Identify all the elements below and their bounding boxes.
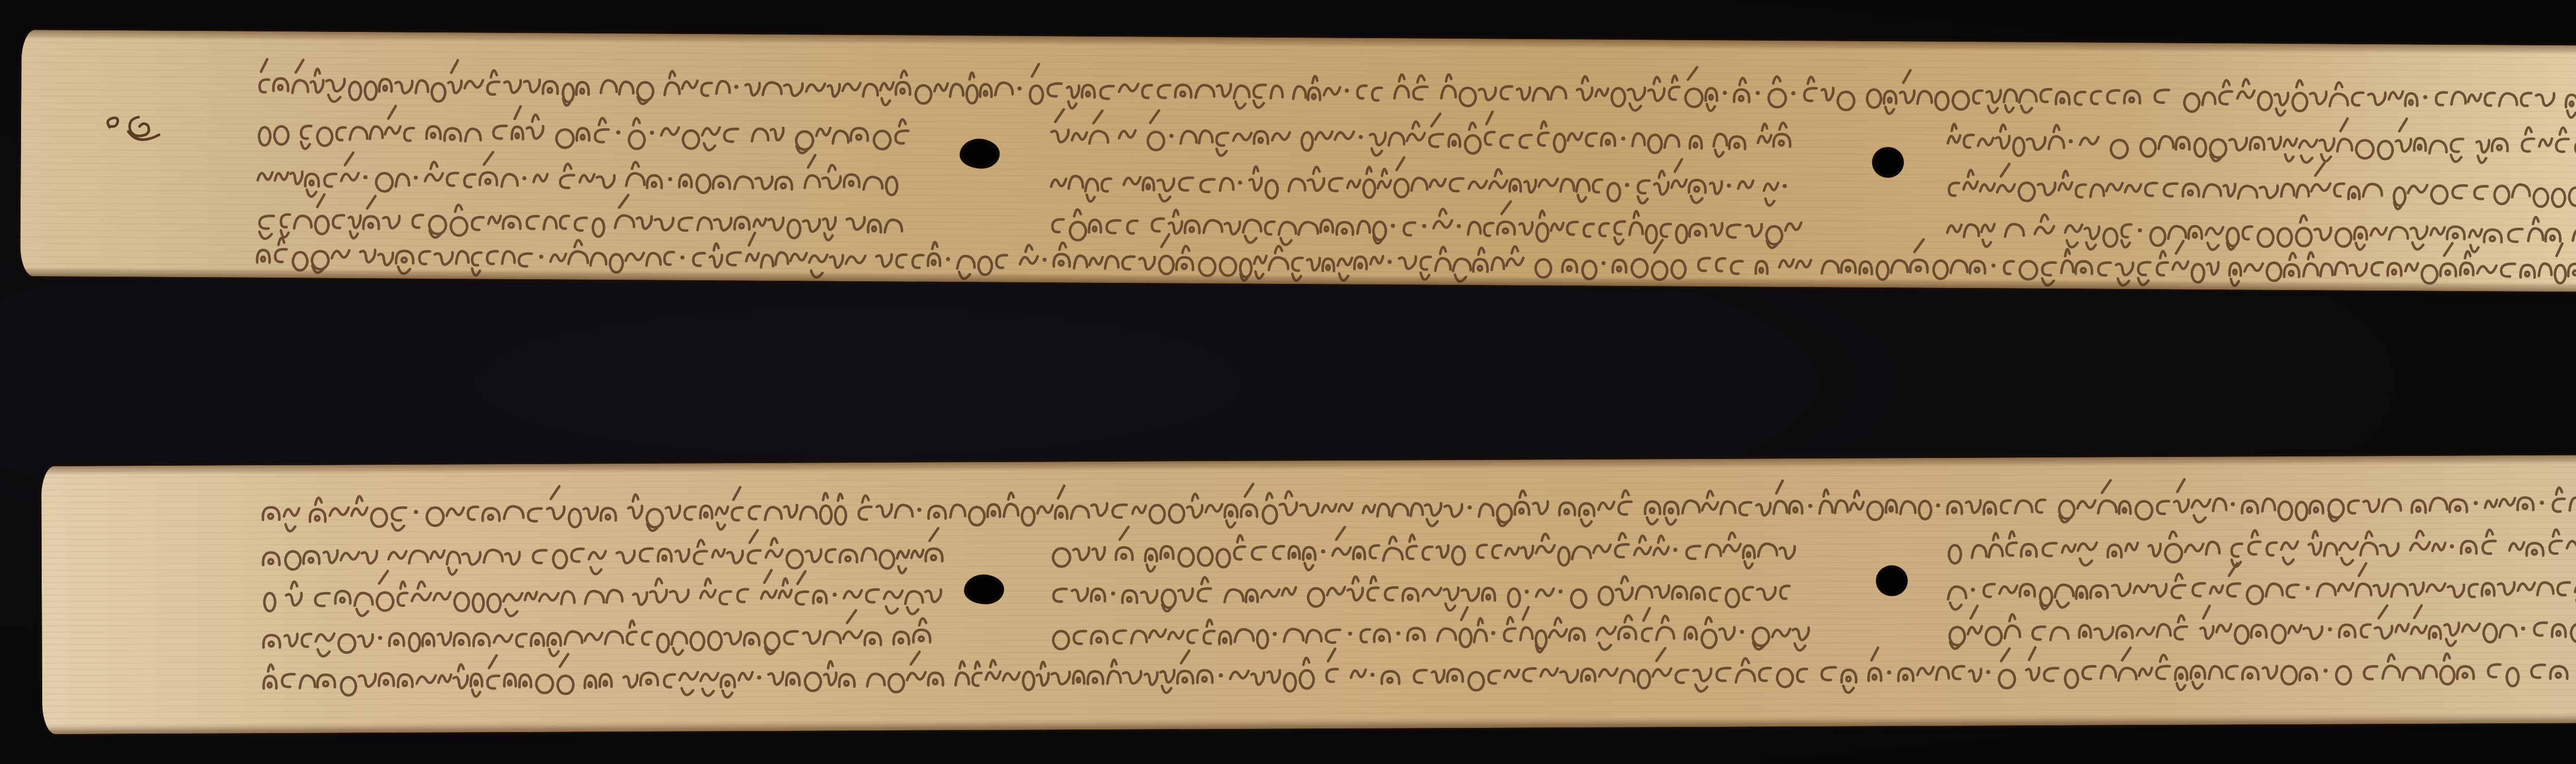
binding-hole bbox=[1876, 565, 1908, 596]
handwritten-text-top bbox=[20, 30, 2576, 293]
palm-leaf-folio-bottom bbox=[41, 454, 2576, 734]
palm-leaf-folio-top bbox=[20, 30, 2576, 293]
binding-hole bbox=[1872, 147, 1904, 178]
binding-hole bbox=[959, 139, 999, 168]
binding-hole bbox=[964, 574, 1004, 604]
handwritten-text-bottom bbox=[41, 454, 2576, 734]
folio-number-marker bbox=[98, 103, 176, 149]
